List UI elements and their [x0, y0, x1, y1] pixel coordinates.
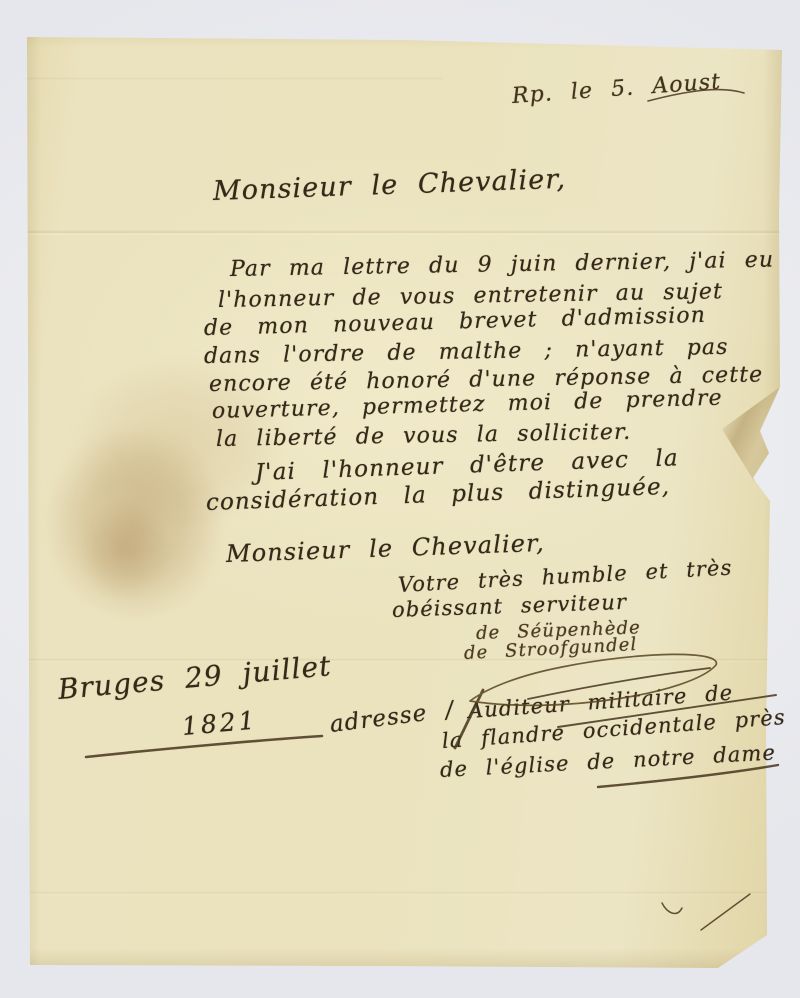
paper-stain-dark-spot [80, 503, 170, 598]
paper-stain [45, 425, 225, 620]
fold-crease-upper [25, 230, 785, 235]
fold-crease-bottom [25, 891, 785, 895]
fold-crease-top [25, 77, 443, 80]
photo-background: Rp. le 5. Aoust Monsieur le Chevalier, P… [0, 0, 800, 998]
fold-crease-lower [25, 658, 785, 662]
